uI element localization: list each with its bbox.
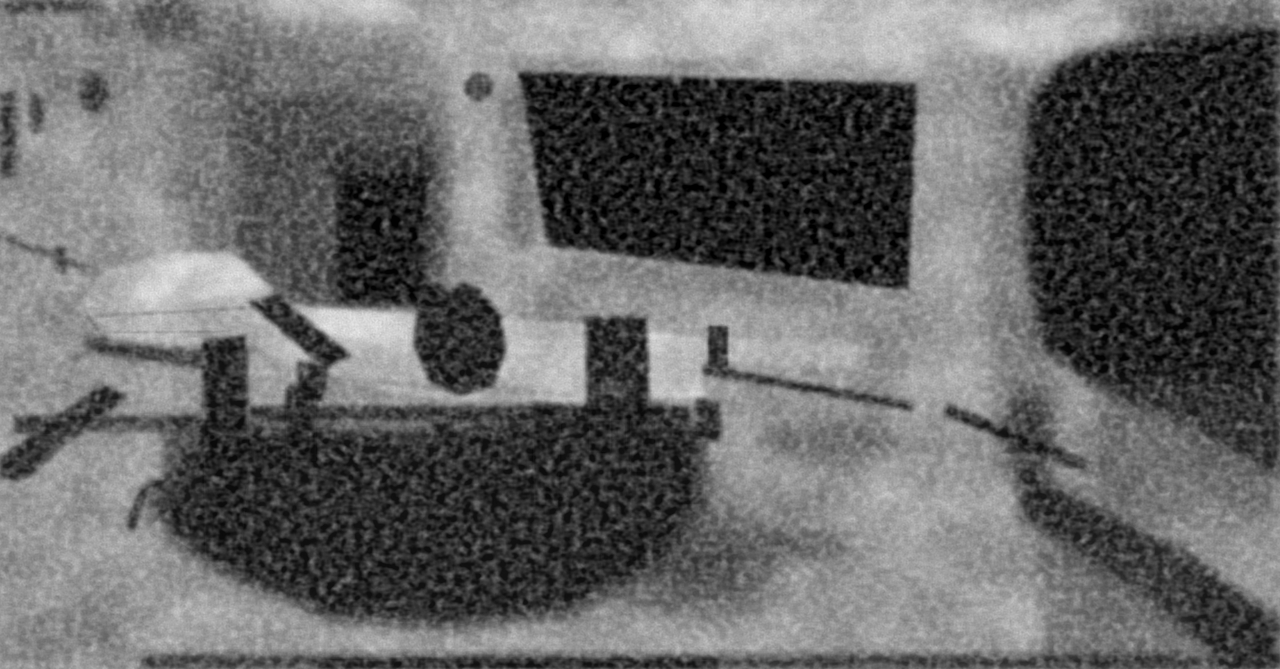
scene-shapes [0, 0, 1280, 669]
photo-scene-svg [0, 0, 1280, 669]
film-grain-layer [0, 0, 1280, 669]
photo-execution-chamber [0, 0, 1280, 669]
